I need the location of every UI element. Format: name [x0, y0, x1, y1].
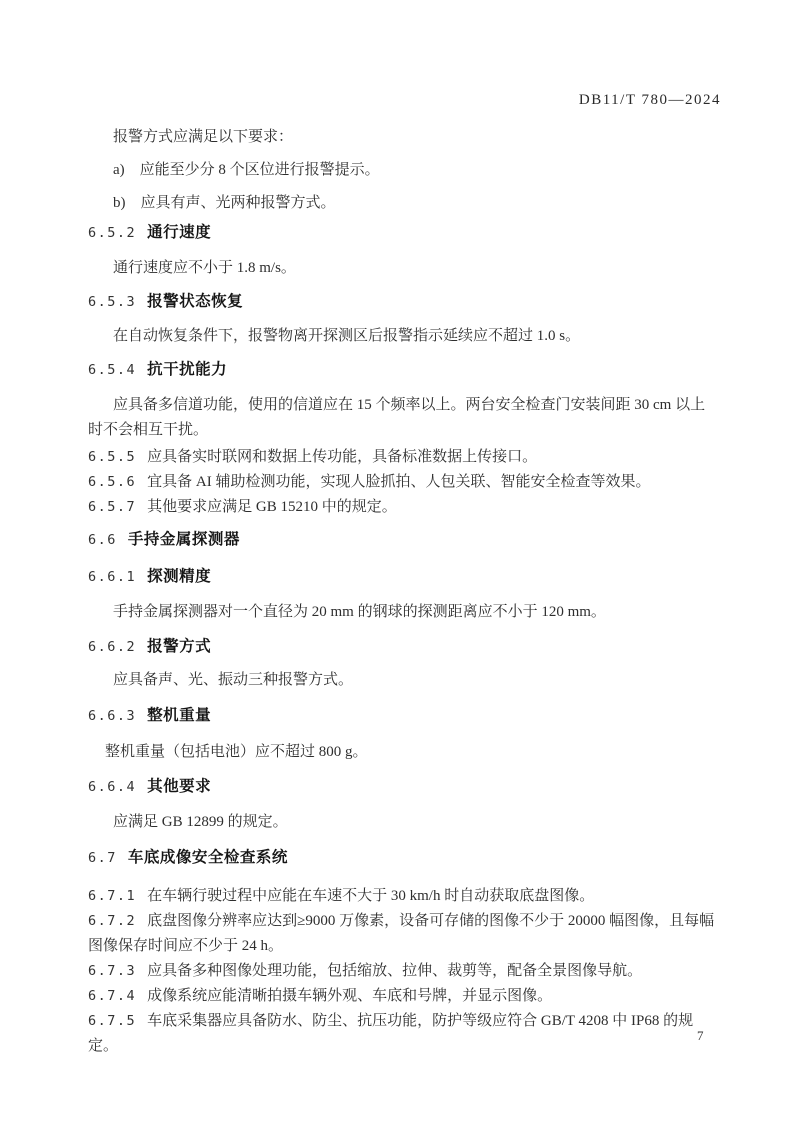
heading-number: 6.6.4: [88, 779, 136, 795]
list-item-a: a) 应能至少分 8 个区位进行报警提示。: [113, 158, 715, 183]
heading-title: 车底成像安全检查系统: [128, 849, 288, 866]
clause-text: 其他要求应满足 GB 15210 中的规定。: [147, 499, 397, 515]
page-number: 7: [697, 1028, 704, 1044]
heading-6-6: 6.6手持金属探测器: [88, 527, 715, 553]
clause-number: 6.7.5: [88, 1013, 136, 1029]
heading-title: 抗干扰能力: [147, 361, 227, 378]
paragraph-alarm-intro: 报警方式应满足以下要求：: [88, 125, 715, 150]
paragraph-6-6-3: 整机重量（包括电池）应不超过 800 g。: [88, 740, 715, 765]
heading-6-6-2: 6.6.2报警方式: [88, 634, 715, 660]
paragraph-6-6-4: 应满足 GB 12899 的规定。: [88, 810, 715, 835]
heading-6-6-4: 6.6.4其他要求: [88, 774, 715, 800]
heading-number: 6.5.3: [88, 294, 136, 310]
heading-title: 整机重量: [147, 707, 211, 724]
paragraph-6-5-2: 通行速度应不小于 1.8 m/s。: [88, 256, 715, 281]
heading-number: 6.6.2: [88, 639, 136, 655]
clause-text: 宜具备 AI 辅助检测功能，实现人脸抓拍、人包关联、智能安全检查等效果。: [147, 474, 650, 490]
clause-6-7-2: 6.7.2底盘图像分辨率应达到≥9000 万像素，设备可存储的图像不少于 200…: [88, 909, 715, 959]
clause-text: 底盘图像分辨率应达到≥9000 万像素，设备可存储的图像不少于 20000 幅图…: [88, 913, 714, 954]
clause-6-7-5: 6.7.5车底采集器应具备防水、防尘、抗压功能，防护等级应符合 GB/T 420…: [88, 1009, 715, 1059]
heading-number: 6.6.3: [88, 708, 136, 724]
heading-6-6-3: 6.6.3整机重量: [88, 703, 715, 729]
clause-text: 车底采集器应具备防水、防尘、抗压功能，防护等级应符合 GB/T 4208 中 I…: [88, 1013, 693, 1054]
clause-6-7-4: 6.7.4成像系统应能清晰拍摄车辆外观、车底和号牌，并显示图像。: [88, 984, 715, 1009]
document-page: DB11/T 780—2024 报警方式应满足以下要求： a) 应能至少分 8 …: [0, 0, 793, 1123]
clause-text: 应具备实时联网和数据上传功能，具备标准数据上传接口。: [147, 449, 537, 465]
heading-6-6-1: 6.6.1探测精度: [88, 564, 715, 590]
clause-number: 6.7.3: [88, 963, 136, 979]
list-item-b: b) 应具有声、光两种报警方式。: [113, 191, 715, 216]
clause-text: 应具备多种图像处理功能，包括缩放、拉伸、裁剪等，配备全景图像导航。: [147, 963, 642, 979]
clause-number: 6.7.4: [88, 988, 136, 1004]
heading-number: 6.6: [88, 532, 117, 548]
heading-6-5-3: 6.5.3报警状态恢复: [88, 289, 715, 315]
heading-title: 报警方式: [147, 638, 211, 655]
paragraph-6-5-4: 应具备多信道功能，使用的信道应在 15 个频率以上。两台安全检查门安装间距 30…: [88, 393, 715, 443]
heading-6-5-4: 6.5.4抗干扰能力: [88, 357, 715, 383]
heading-number: 6.5.2: [88, 225, 136, 241]
heading-title: 报警状态恢复: [147, 293, 243, 310]
heading-6-7: 6.7车底成像安全检查系统: [88, 845, 715, 871]
clause-text: 在车辆行驶过程中应能在车速不大于 30 km/h 时自动获取底盘图像。: [147, 888, 594, 904]
document-content: 报警方式应满足以下要求： a) 应能至少分 8 个区位进行报警提示。 b) 应具…: [88, 125, 715, 1059]
heading-number: 6.7: [88, 850, 117, 866]
heading-number: 6.6.1: [88, 569, 136, 585]
clause-6-7-3: 6.7.3应具备多种图像处理功能，包括缩放、拉伸、裁剪等，配备全景图像导航。: [88, 959, 715, 984]
heading-number: 6.5.4: [88, 362, 136, 378]
paragraph-6-6-1: 手持金属探测器对一个直径为 20 mm 的钢球的探测距离应不小于 120 mm。: [88, 600, 715, 625]
clause-6-5-7: 6.5.7其他要求应满足 GB 15210 中的规定。: [88, 495, 715, 520]
clause-number: 6.5.7: [88, 499, 136, 515]
heading-title: 手持金属探测器: [128, 531, 240, 548]
clause-text: 成像系统应能清晰拍摄车辆外观、车底和号牌，并显示图像。: [147, 988, 552, 1004]
document-code-header: DB11/T 780—2024: [579, 92, 721, 109]
clause-number: 6.5.5: [88, 449, 136, 465]
clause-6-7-1: 6.7.1在车辆行驶过程中应能在车速不大于 30 km/h 时自动获取底盘图像。: [88, 884, 715, 909]
heading-6-5-2: 6.5.2通行速度: [88, 220, 715, 246]
paragraph-6-5-3: 在自动恢复条件下，报警物离开探测区后报警指示延续应不超过 1.0 s。: [88, 324, 715, 349]
clause-number: 6.7.2: [88, 913, 136, 929]
heading-title: 其他要求: [147, 778, 211, 795]
clause-6-5-6: 6.5.6宜具备 AI 辅助检测功能，实现人脸抓拍、人包关联、智能安全检查等效果…: [88, 470, 715, 495]
heading-title: 通行速度: [147, 224, 211, 241]
clause-6-5-5: 6.5.5应具备实时联网和数据上传功能，具备标准数据上传接口。: [88, 445, 715, 470]
clause-number: 6.5.6: [88, 474, 136, 490]
clause-number: 6.7.1: [88, 888, 136, 904]
heading-title: 探测精度: [147, 568, 211, 585]
paragraph-6-6-2: 应具备声、光、振动三种报警方式。: [88, 668, 715, 693]
